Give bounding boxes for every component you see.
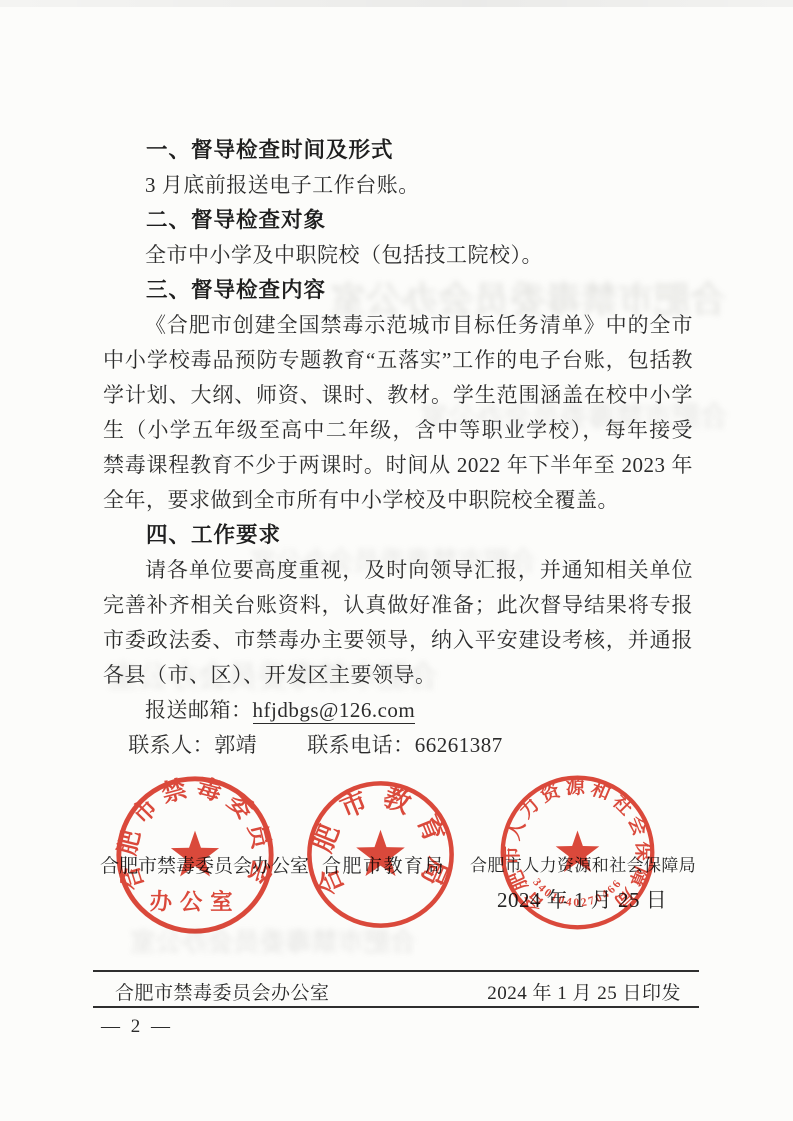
email-address[interactable]: hfjdbgs@126.com: [253, 698, 416, 724]
section-2-body: 全市中小学及中职院校（包括技工院校）。: [103, 238, 693, 273]
contact-label: 联系人：: [128, 733, 214, 757]
official-seal-hr-social-security: 合肥市人力资源和社会保障局 3401040270466: [496, 771, 659, 934]
document-body: 一、督导检查时间及形式 3 月底前报送电子工作台账。 二、督导检查对象 全市中小…: [103, 133, 693, 763]
page-number: — 2 —: [101, 1016, 173, 1038]
section-4-body: 请各单位要高度重视，及时向领导汇报，并通知相关单位完善补齐相关台账资料，认真做好…: [103, 553, 693, 693]
scan-edge-artifact: [0, 0, 793, 7]
seal-star-icon: [556, 831, 600, 872]
section-1-heading: 一、督导检查时间及形式: [103, 133, 693, 168]
footer-row: 合肥市禁毒委员会办公室 2024 年 1 月 25 日印发: [93, 978, 699, 1004]
email-line: 报送邮箱：hfjdbgs@126.com: [103, 693, 693, 728]
contact-person: 郭靖: [214, 733, 257, 757]
footer-issuer: 合肥市禁毒委员会办公室: [115, 978, 330, 1005]
official-seal-education-bureau: 合肥市教育局: [303, 777, 458, 932]
seal-star-icon: [356, 830, 405, 876]
seal-bottom-label: 办公室: [150, 889, 241, 915]
document-page: 合肥市禁毒委员会办公室 合肥市禁毒委员会办公室 合肥市禁毒委员会办公室 合肥市禁…: [0, 0, 793, 1121]
seal-serial-number: 3401040270466: [530, 877, 625, 910]
section-2-heading: 二、督导检查对象: [103, 203, 693, 238]
section-3-body: 《合肥市创建全国禁毒示范城市目标任务清单》中的全市中小学校毒品预防专题教育“五落…: [103, 308, 693, 518]
footer-rule-top: [93, 970, 699, 972]
footer-print-date: 2024 年 1 月 25 日印发: [487, 978, 681, 1005]
official-seal-narcotics-office: 合肥市禁毒委员会 办公室: [112, 772, 278, 938]
svg-text:3401040270466: 3401040270466: [530, 877, 625, 910]
footer-rule-bottom: [93, 1006, 699, 1008]
section-3-heading: 三、督导检查内容: [103, 273, 693, 308]
phone-label: 联系电话：: [307, 733, 415, 757]
phone-number: 66261387: [415, 733, 503, 757]
seal-star-icon: [171, 831, 219, 877]
section-1-body: 3 月底前报送电子工作台账。: [103, 168, 693, 203]
section-4-heading: 四、工作要求: [103, 518, 693, 553]
contact-line: 联系人：郭靖联系电话：66261387: [103, 728, 693, 763]
email-label: 报送邮箱：: [145, 698, 253, 722]
